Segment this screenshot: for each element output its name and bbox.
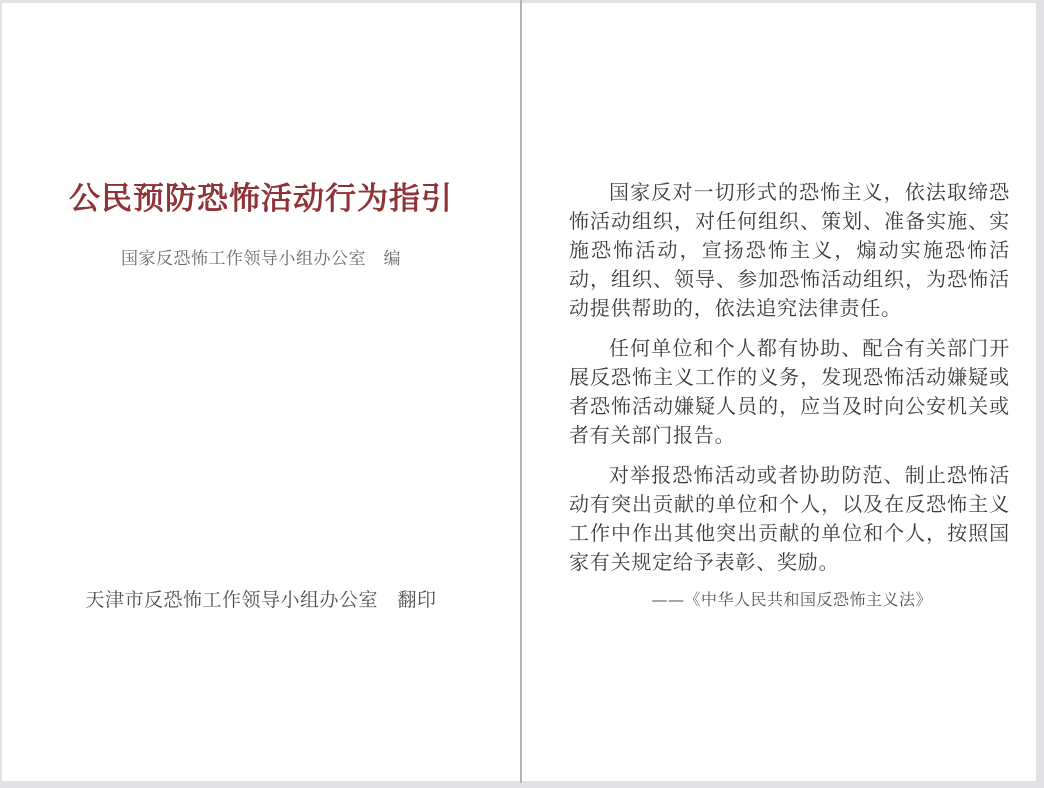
cover-page: 公民预防恐怖活动行为指引 国家反恐怖工作领导小组办公室 编 天津市反恐怖工作领导… <box>2 3 520 781</box>
source-attribution: ——《中华人民共和国反恐怖主义法》 <box>569 588 1010 612</box>
body-paragraph: 任何单位和个人都有协助、配合有关部门开展反恐怖主义工作的义务，发现恐怖活动嫌疑或… <box>569 334 1010 450</box>
excerpt-page: 国家反对一切形式的恐怖主义，依法取缔恐怖活动组织，对任何组织、策划、准备实施、实… <box>522 3 1036 781</box>
body-paragraph: 国家反对一切形式的恐怖主义，依法取缔恐怖活动组织，对任何组织、策划、准备实施、实… <box>569 178 1010 323</box>
book-title: 公民预防恐怖活动行为指引 <box>2 173 520 218</box>
excerpt-text-block: 国家反对一切形式的恐怖主义，依法取缔恐怖活动组织，对任何组织、策划、准备实施、实… <box>569 178 1010 612</box>
body-paragraph: 对举报恐怖活动或者协助防范、制止恐怖活动有突出贡献的单位和个人，以及在反恐怖主义… <box>569 461 1010 577</box>
reprint-line: 天津市反恐怖工作领导小组办公室 翻印 <box>2 585 520 612</box>
editor-line: 国家反恐怖工作领导小组办公室 编 <box>2 244 520 269</box>
